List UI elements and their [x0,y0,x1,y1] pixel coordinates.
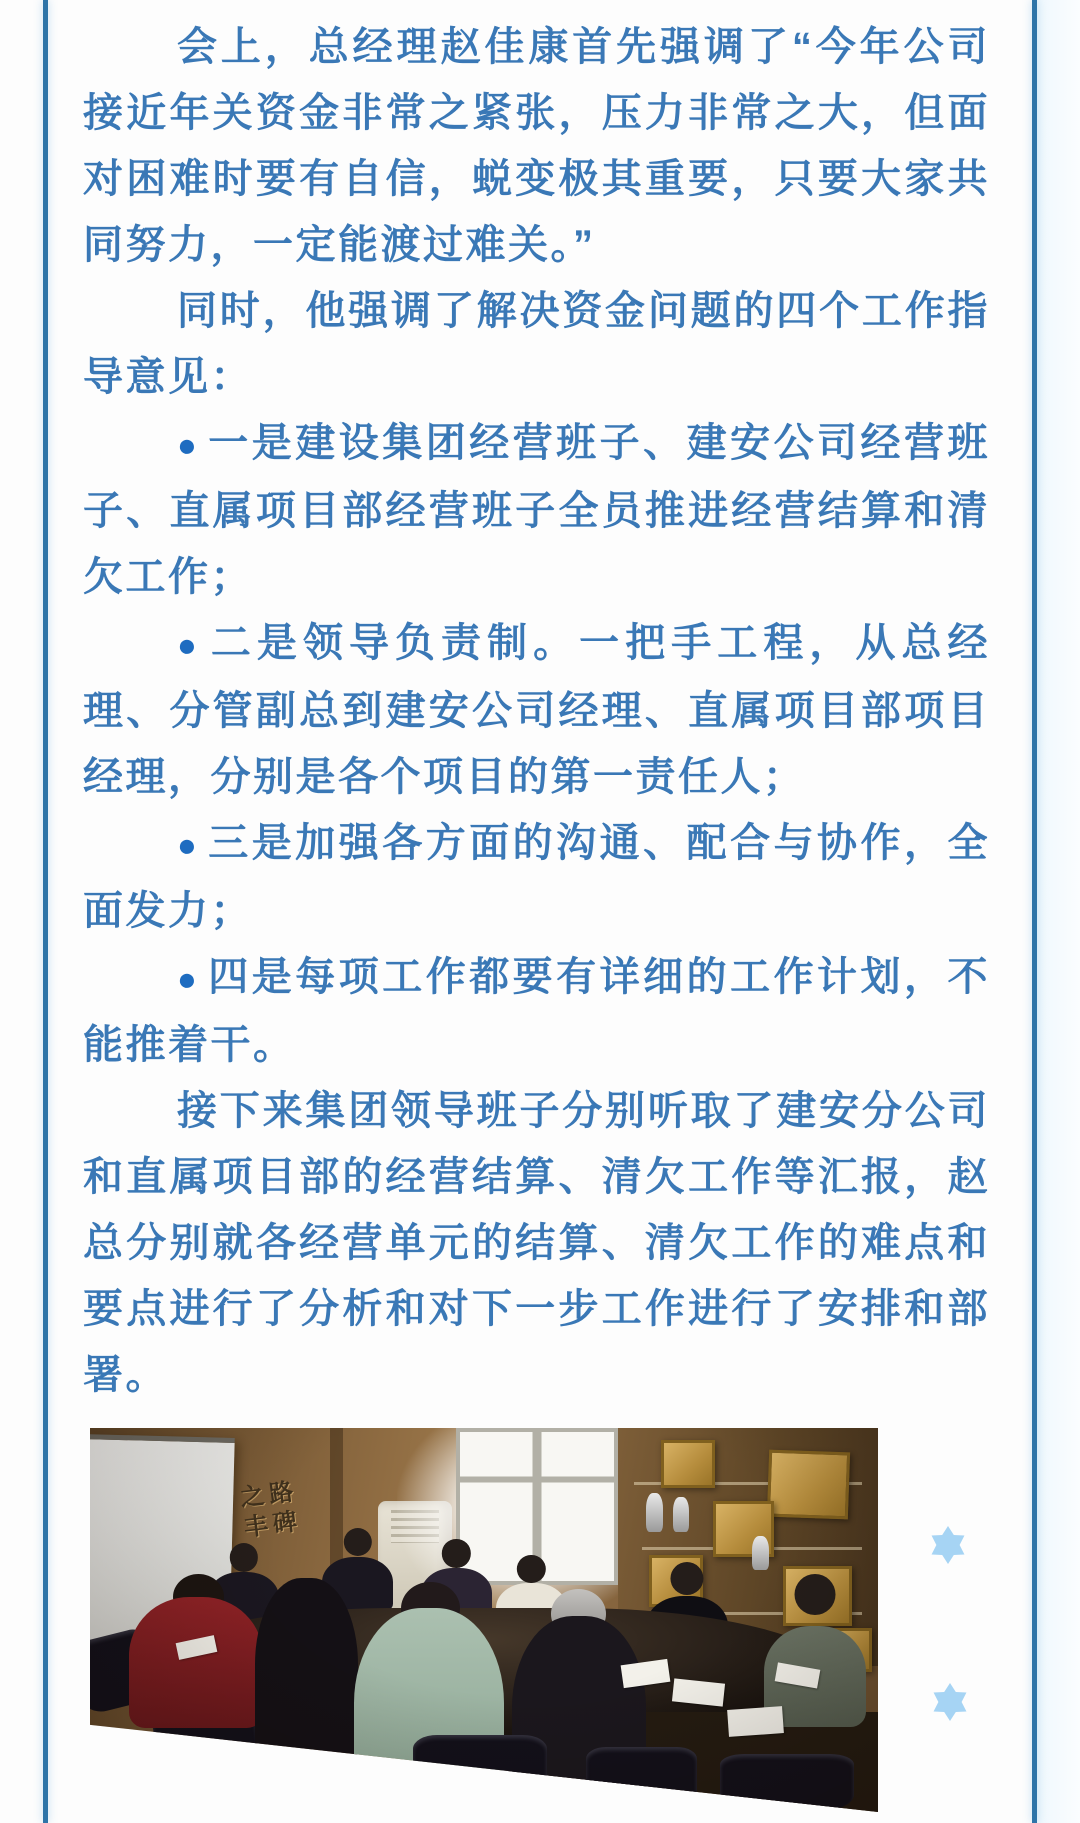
article-body: 会上，总经理赵佳康首先强调了“今年公司接近年关资金非常之紧张，压力非常之大，但面… [83,14,990,1408]
paragraph: 接下来集团领导班子分别听取了建安分公司和直属项目部的经营结算、清欠工作等汇报，赵… [83,1078,990,1408]
bullet-text: 二是领导负责制。一把手工程，从总经理、分管副总到建安公司经理、直属项目部项目经理… [83,621,990,799]
paragraph: 同时，他强调了解决资金问题的四个工作指导意见： [83,278,990,410]
photo-vignette [90,1428,878,1812]
bullet-text: 一是建设集团经营班子、建安公司经营班子、直属项目部经营班子全员推进经营结算和清欠… [83,421,990,599]
bullet-dot-icon: ● [177,626,203,663]
bullet-paragraph: ●二是领导负责制。一把手工程，从总经理、分管副总到建安公司经理、直属项目部项目经… [83,610,990,810]
bullet-paragraph: ●一是建设集团经营班子、建安公司经营班子、直属项目部经营班子全员推进经营结算和清… [83,410,990,610]
article-page: 会上，总经理赵佳康首先强调了“今年公司接近年关资金非常之紧张，压力非常之大，但面… [0,0,1080,1823]
left-border-line [43,0,48,1823]
bullet-dot-icon: ● [177,826,200,863]
right-margin-tint [1037,0,1080,1823]
bullet-text: 四是每项工作都要有详细的工作计划，不能推着干。 [83,955,990,1067]
bullet-paragraph: ●三是加强各方面的沟通、配合与协作，全面发力； [83,810,990,944]
bullet-text: 三是加强各方面的沟通、配合与协作，全面发力； [83,821,990,933]
paragraph: 会上，总经理赵佳康首先强调了“今年公司接近年关资金非常之紧张，压力非常之大，但面… [83,14,990,278]
sparkle-icon [931,1683,969,1721]
bullet-dot-icon: ● [177,960,200,997]
bullet-dot-icon: ● [177,426,200,463]
sparkle-icon [929,1526,967,1564]
bullet-paragraph: ●四是每项工作都要有详细的工作计划，不能推着干。 [83,944,990,1078]
meeting-photo[interactable]: 之路 丰碑 [90,1428,878,1812]
right-border-line [1032,0,1037,1823]
page-body: { "theme": { "border_line_color": "#2e74… [0,0,1080,1823]
